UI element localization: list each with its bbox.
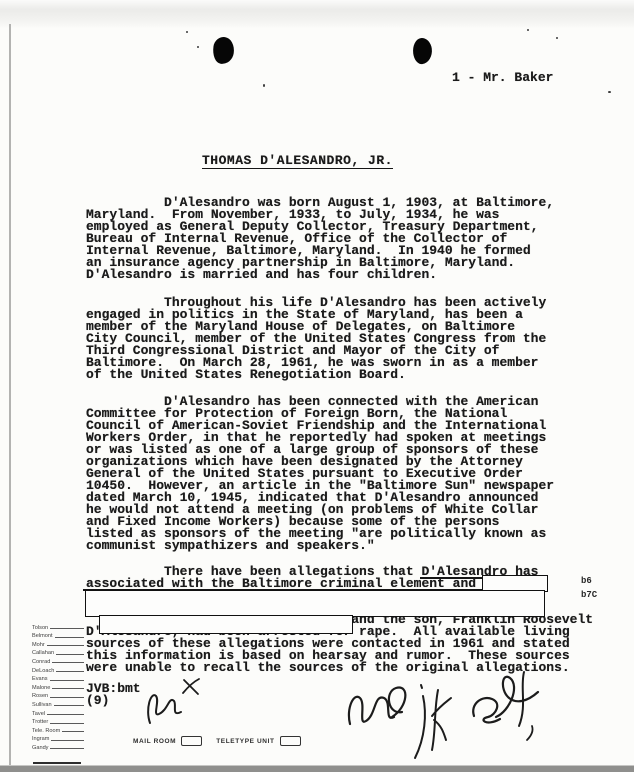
distribution-name: Mohr bbox=[32, 642, 45, 648]
distribution-row: Belmont bbox=[32, 631, 84, 640]
fill-in-line bbox=[47, 645, 84, 646]
hole-punch-icon bbox=[211, 36, 236, 66]
distribution-row: Sullivan bbox=[32, 699, 84, 708]
fill-in-line bbox=[50, 748, 84, 749]
scan-speck bbox=[186, 31, 188, 33]
distribution-name: Tele. Room bbox=[32, 728, 60, 734]
distribution-name: Gandy bbox=[32, 745, 48, 751]
fill-in-line bbox=[50, 680, 84, 681]
distribution-name: Trotter bbox=[32, 719, 48, 725]
distribution-list: Tolson Belmont Mohr Callahan Conrad DeLo… bbox=[32, 622, 84, 751]
scan-speck bbox=[608, 91, 611, 93]
teletype-label: TELETYPE UNIT bbox=[216, 738, 274, 745]
scan-speck bbox=[527, 29, 529, 31]
paragraph-political-career: Throughout his life D'Alesandro has been… bbox=[86, 297, 546, 381]
copy-reference: 1 - Mr. Baker bbox=[452, 72, 553, 84]
fill-in-line bbox=[50, 723, 84, 724]
scan-left-edge bbox=[9, 24, 11, 772]
fill-in-line bbox=[54, 705, 84, 706]
scan-speck bbox=[556, 37, 558, 39]
distribution-name: DeLoach bbox=[32, 668, 54, 674]
distribution-name: Tavel bbox=[32, 711, 45, 717]
distribution-row: Callahan bbox=[32, 648, 84, 657]
exemption-code-b7c: b7C bbox=[581, 588, 597, 602]
fill-in-line bbox=[55, 637, 84, 638]
distribution-row: DeLoach bbox=[32, 665, 84, 674]
handwritten-initials-bmt bbox=[141, 685, 187, 727]
fill-in-line bbox=[50, 628, 84, 629]
distribution-name: Sullivan bbox=[32, 702, 52, 708]
teletype-checkbox bbox=[280, 736, 301, 746]
scan-bottom-edge bbox=[0, 765, 634, 772]
distribution-row: Ingram bbox=[32, 734, 84, 743]
foia-exemption-codes: b6 b7C bbox=[581, 574, 597, 602]
fill-in-line bbox=[51, 740, 84, 741]
distribution-row: Trotter bbox=[32, 717, 84, 726]
typist-initials-block: JVB:bmt (9) bbox=[86, 683, 141, 707]
fill-in-line bbox=[52, 688, 84, 689]
distribution-name: Belmont bbox=[32, 633, 53, 639]
distribution-row: Conrad bbox=[32, 656, 84, 665]
distribution-row: Mohr bbox=[32, 639, 84, 648]
fill-in-line bbox=[56, 671, 84, 672]
distribution-row: Rosen bbox=[32, 691, 84, 700]
distribution-row: Tolson bbox=[32, 622, 84, 631]
distribution-name: Tolson bbox=[32, 625, 48, 631]
fill-in-line bbox=[52, 662, 84, 663]
exemption-code-b6: b6 bbox=[581, 574, 597, 588]
distribution-name: Rosen bbox=[32, 693, 48, 699]
fill-in-line bbox=[47, 714, 84, 715]
mail-room-checkbox bbox=[181, 736, 202, 746]
routing-stamp-row: MAIL ROOM TELETYPE UNIT bbox=[133, 736, 301, 746]
scan-speck bbox=[263, 84, 265, 87]
distribution-row: Tele. Room bbox=[32, 725, 84, 734]
handwritten-signature-wes bbox=[343, 676, 455, 764]
fill-in-line bbox=[50, 697, 84, 698]
distribution-name: Evans bbox=[32, 676, 48, 682]
fill-in-line bbox=[56, 654, 84, 655]
scan-speck bbox=[197, 46, 199, 48]
handwritten-initials-2 bbox=[466, 666, 552, 744]
hole-punch-icon bbox=[411, 37, 433, 65]
distribution-row: Gandy bbox=[32, 742, 84, 751]
paragraph-organizations: D'Alesandro has been connected with the … bbox=[86, 396, 554, 552]
distribution-name: Ingram bbox=[32, 736, 49, 742]
distribution-row: Tavel bbox=[32, 708, 84, 717]
scan-top-edge bbox=[0, 0, 634, 28]
redaction-box bbox=[85, 590, 545, 617]
distribution-name: Malone bbox=[32, 685, 50, 691]
redaction-box bbox=[99, 615, 353, 634]
bottom-left-rule bbox=[33, 762, 81, 764]
distribution-name: Conrad bbox=[32, 659, 50, 665]
distribution-name: Callahan bbox=[32, 650, 54, 656]
distribution-row: Evans bbox=[32, 674, 84, 683]
mail-room-label: MAIL ROOM bbox=[133, 738, 176, 745]
page-title: THOMAS D'ALESANDRO, JR. bbox=[202, 155, 393, 169]
paragraph-biography: D'Alesandro was born August 1, 1903, at … bbox=[86, 197, 554, 281]
fill-in-line bbox=[62, 731, 84, 732]
distribution-row: Malone bbox=[32, 682, 84, 691]
scanned-memo-page: 1 - Mr. Baker THOMAS D'ALESANDRO, JR. D'… bbox=[0, 0, 634, 772]
